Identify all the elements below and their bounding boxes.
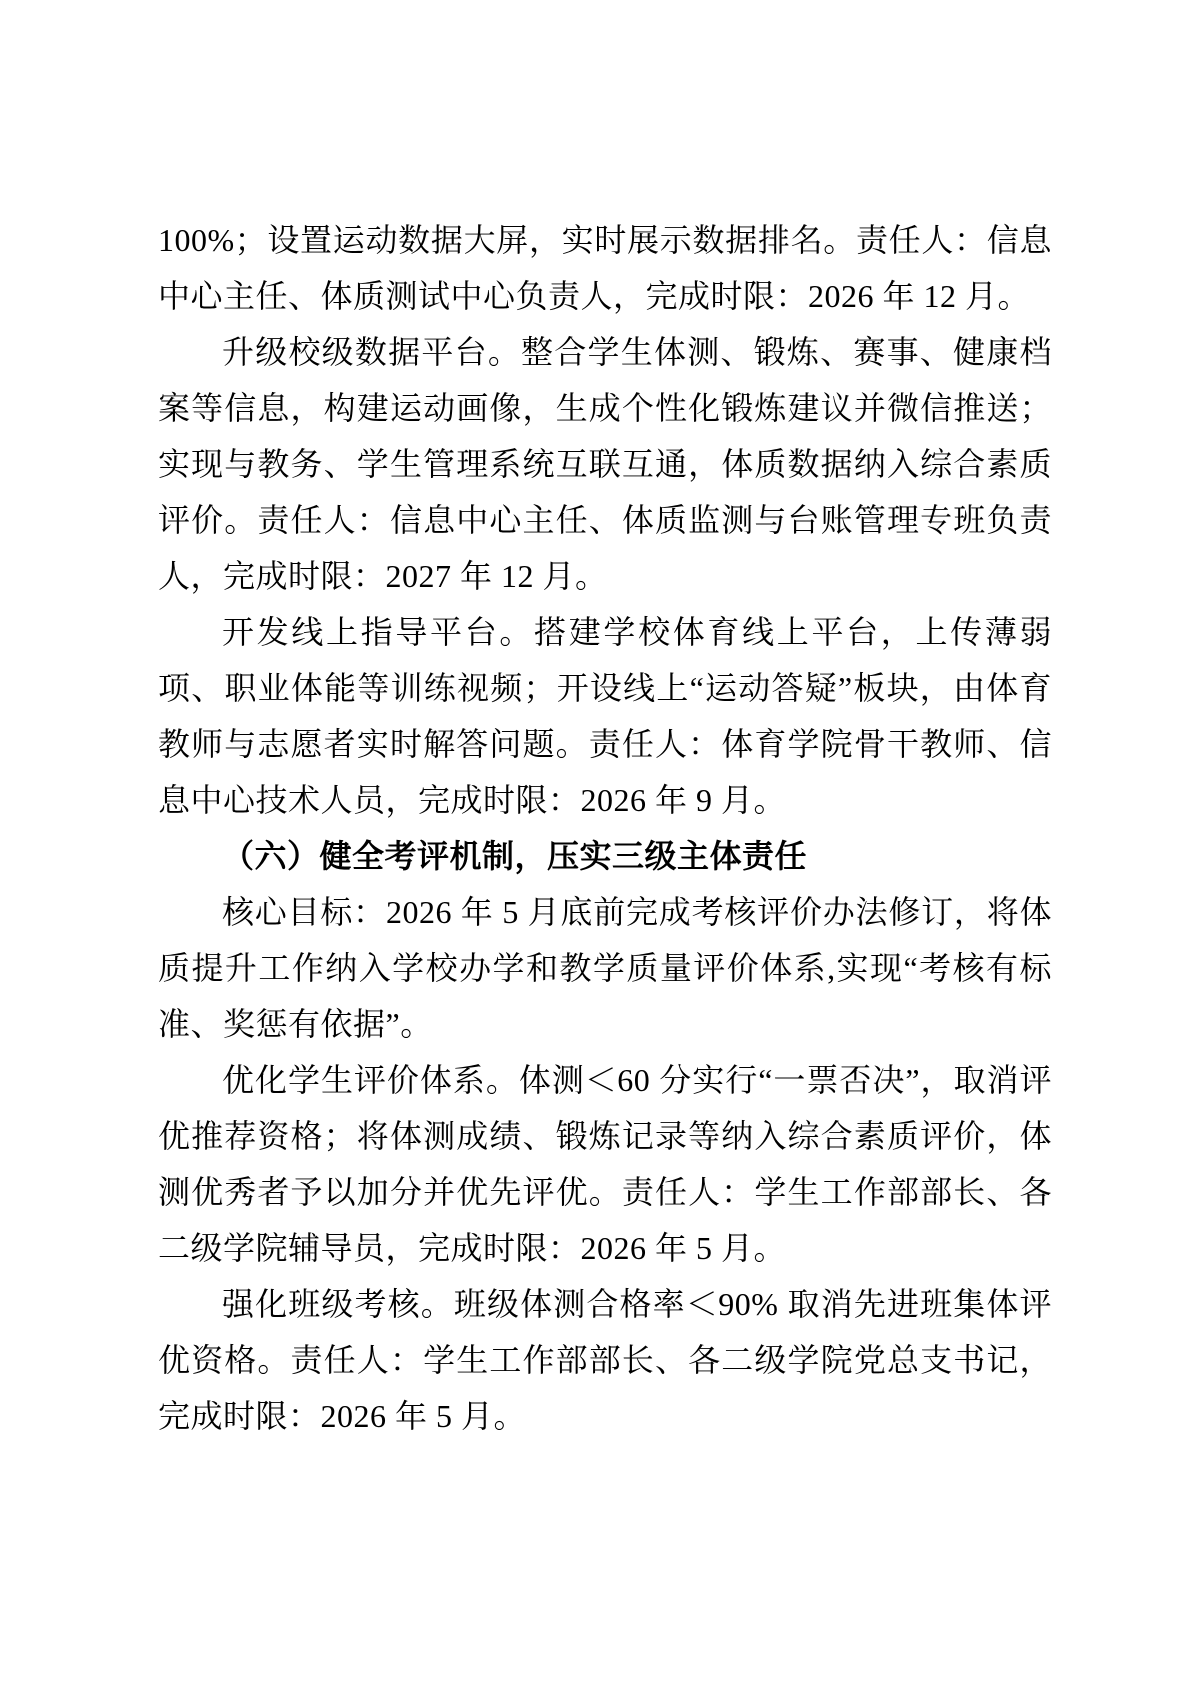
document-body: 100%；设置运动数据大屏，实时展示数据排名。责任人：信息中心主任、体质测试中心… <box>158 212 1052 1444</box>
document-page: 100%；设置运动数据大屏，实时展示数据排名。责任人：信息中心主任、体质测试中心… <box>0 0 1191 1684</box>
paragraph-student-evaluation: 优化学生评价体系。体测＜60 分实行“一票否决”，取消评优推荐资格；将体测成绩、… <box>158 1052 1052 1276</box>
paragraph-core-target: 核心目标：2026 年 5 月底前完成考核评价办法修订，将体质提升工作纳入学校办… <box>158 884 1052 1052</box>
paragraph-upgrade-data-platform: 升级校级数据平台。整合学生体测、锻炼、赛事、健康档案等信息，构建运动画像，生成个… <box>158 324 1052 604</box>
paragraph-online-guidance-platform: 开发线上指导平台。搭建学校体育线上平台，上传薄弱项、职业体能等训练视频；开设线上… <box>158 604 1052 828</box>
paragraph-continuation: 100%；设置运动数据大屏，实时展示数据排名。责任人：信息中心主任、体质测试中心… <box>158 212 1052 324</box>
section-heading-six: （六）健全考评机制，压实三级主体责任 <box>158 828 1052 884</box>
paragraph-class-assessment: 强化班级考核。班级体测合格率＜90% 取消先进班集体评优资格。责任人：学生工作部… <box>158 1276 1052 1444</box>
